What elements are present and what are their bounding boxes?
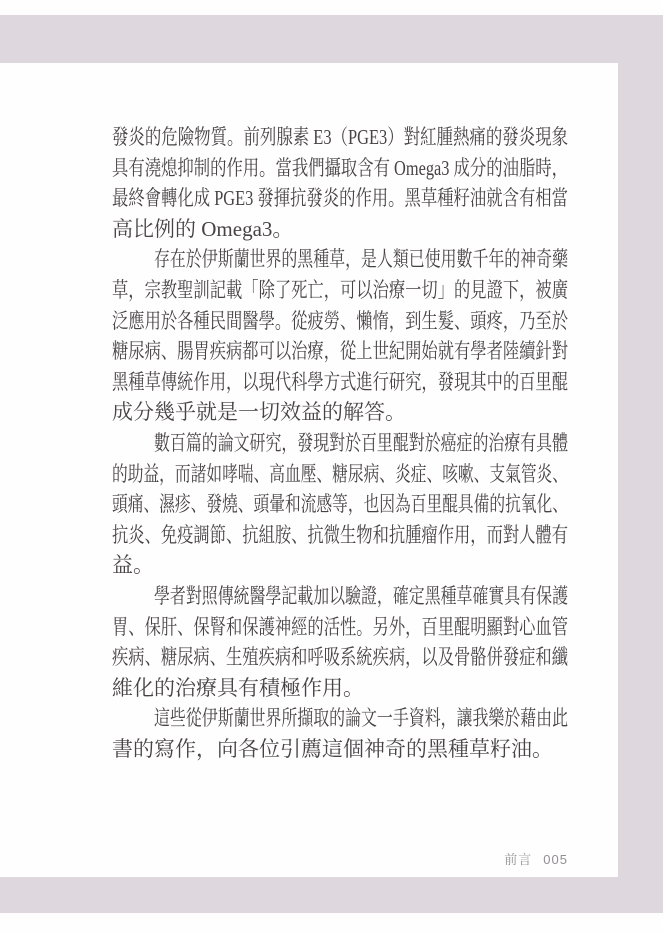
book-page: 發炎的危險物質。前列腺素 E3（PGE3）對紅腫熱痛的發炎現象具有澆熄抑制的作用… <box>0 63 618 877</box>
text-line-content: 學者對照傳統醫學記載加以驗證，確定黑種草確實具有保護 <box>154 581 568 612</box>
text-line-content: 存在於伊斯蘭世界的黑種草，是人類已使用數千年的神奇藥 <box>154 244 568 275</box>
text-line: 泛應用於各種民間醫學。從疲勞、懶惰，到生髮、頭疼，乃至於 <box>112 306 568 337</box>
text-line: 糖尿病、腸胃疾病都可以治療，從上世紀開始就有學者陸續針對 <box>112 336 568 367</box>
text-line-content: 益。 <box>112 550 154 581</box>
text-line: 的助益，而諸如哮喘、高血壓、糖尿病、炎症、咳嗽、支氣管炎、 <box>112 459 568 490</box>
text-line: 高比例的 Omega3。 <box>112 214 568 245</box>
text-line: 黑種草傳統作用，以現代科學方式進行研究，發現其中的百里醌 <box>112 367 568 398</box>
text-line: 這些從伊斯蘭世界所擷取的論文一手資料，讓我樂於藉由此 <box>112 703 568 734</box>
text-line: 學者對照傳統醫學記載加以驗證，確定黑種草確實具有保護 <box>112 581 568 612</box>
text-line: 益。 <box>112 550 568 581</box>
text-line-content: 抗炎、免疫調節、抗組胺、抗微生物和抗腫瘤作用，而對人體有 <box>112 520 568 551</box>
text-line: 頭痛、濕疹、發燒、頭暈和流感等，也因為百里醌具備的抗氧化、 <box>112 489 568 520</box>
text-line: 書的寫作，向各位引薦這個神奇的黑種草籽油。 <box>112 734 568 765</box>
body-text: 發炎的危險物質。前列腺素 E3（PGE3）對紅腫熱痛的發炎現象具有澆熄抑制的作用… <box>112 122 568 764</box>
text-line: 發炎的危險物質。前列腺素 E3（PGE3）對紅腫熱痛的發炎現象 <box>112 122 568 153</box>
page-footer: 前言005 <box>112 849 568 868</box>
text-line-content: 糖尿病、腸胃疾病都可以治療，從上世紀開始就有學者陸續針對 <box>112 336 568 367</box>
text-line-content: 數百篇的論文研究，發現對於百里醌對於癌症的治療有具體 <box>154 428 568 459</box>
text-line-content: 具有澆熄抑制的作用。當我們攝取含有 Omega3 成分的油脂時， <box>112 153 568 184</box>
text-line: 維化的治療具有積極作用。 <box>112 673 568 704</box>
text-line-content: 發炎的危險物質。前列腺素 E3（PGE3）對紅腫熱痛的發炎現象 <box>112 122 568 153</box>
screenshot-root: 發炎的危險物質。前列腺素 E3（PGE3）對紅腫熱痛的發炎現象具有澆熄抑制的作用… <box>0 0 663 932</box>
text-line-content: 胃、保肝、保腎和保護神經的活性。另外，百里醌明顯對心血管 <box>112 612 568 643</box>
text-line: 草，宗教聖訓記載「除了死亡，可以治療一切」的見證下，被廣 <box>112 275 568 306</box>
text-line: 抗炎、免疫調節、抗組胺、抗微生物和抗腫瘤作用，而對人體有 <box>112 520 568 551</box>
text-line: 成分幾乎就是一切效益的解答。 <box>112 397 568 428</box>
text-line-content: 這些從伊斯蘭世界所擷取的論文一手資料，讓我樂於藉由此 <box>154 703 568 734</box>
text-line-content: 最終會轉化成 PGE3 發揮抗發炎的作用。黑草種籽油就含有相當 <box>112 183 568 214</box>
text-line: 最終會轉化成 PGE3 發揮抗發炎的作用。黑草種籽油就含有相當 <box>112 183 568 214</box>
text-line: 疾病、糖尿病、生殖疾病和呼吸系統疾病，以及骨骼併發症和纖 <box>112 642 568 673</box>
footer-page-number: 005 <box>543 852 568 867</box>
text-line-content: 的助益，而諸如哮喘、高血壓、糖尿病、炎症、咳嗽、支氣管炎、 <box>112 459 568 490</box>
text-line-content: 維化的治療具有積極作用。 <box>112 673 364 704</box>
text-line-content: 書的寫作，向各位引薦這個神奇的黑種草籽油。 <box>112 734 553 765</box>
text-line: 胃、保肝、保腎和保護神經的活性。另外，百里醌明顯對心血管 <box>112 612 568 643</box>
text-line-content: 成分幾乎就是一切效益的解答。 <box>112 397 406 428</box>
text-line: 具有澆熄抑制的作用。當我們攝取含有 Omega3 成分的油脂時， <box>112 153 568 184</box>
text-line-content: 高比例的 Omega3。 <box>112 214 293 245</box>
text-line: 存在於伊斯蘭世界的黑種草，是人類已使用數千年的神奇藥 <box>112 244 568 275</box>
text-line-content: 黑種草傳統作用，以現代科學方式進行研究，發現其中的百里醌 <box>112 367 568 398</box>
footer-section-label: 前言 <box>504 852 532 867</box>
text-line-content: 頭痛、濕疹、發燒、頭暈和流感等，也因為百里醌具備的抗氧化、 <box>112 489 568 520</box>
text-line: 數百篇的論文研究，發現對於百里醌對於癌症的治療有具體 <box>112 428 568 459</box>
text-line-content: 疾病、糖尿病、生殖疾病和呼吸系統疾病，以及骨骼併發症和纖 <box>112 642 568 673</box>
text-line-content: 泛應用於各種民間醫學。從疲勞、懶惰，到生髮、頭疼，乃至於 <box>112 306 568 337</box>
text-line-content: 草，宗教聖訓記載「除了死亡，可以治療一切」的見證下，被廣 <box>112 275 568 306</box>
